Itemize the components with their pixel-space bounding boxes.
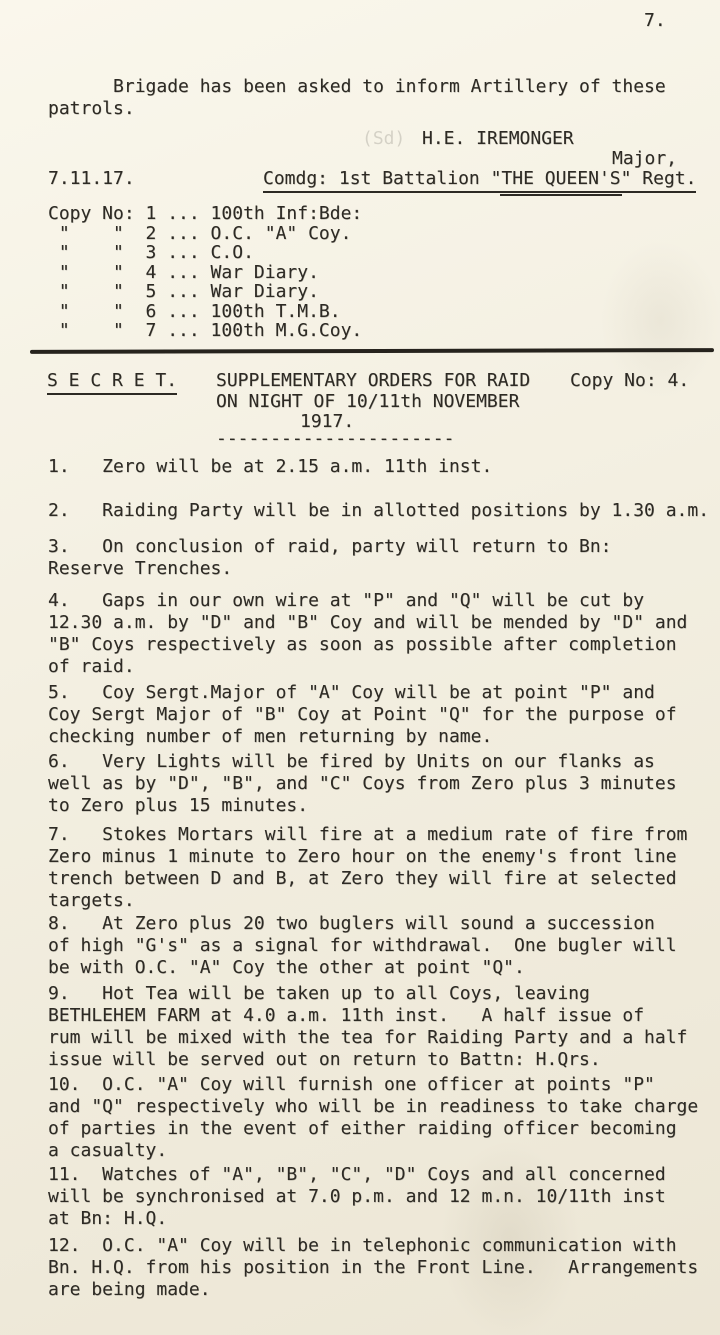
orders-title-line1: SUPPLEMENTARY ORDERS FOR RAID xyxy=(216,370,530,392)
order-item-6: 6. Very Lights will be fired by Units on… xyxy=(48,751,677,817)
order-item-12: 12. O.C. "A" Coy will be in telephonic c… xyxy=(48,1235,698,1301)
signed-note: (Sd) xyxy=(362,128,405,150)
signature-unit: Comdg: 1st Battalion "THE QUEEN'S" Regt. xyxy=(263,168,696,193)
order-item-1: 1. Zero will be at 2.15 a.m. 11th inst. xyxy=(48,456,492,478)
intro-paragraph: Brigade has been asked to inform Artille… xyxy=(48,76,666,120)
order-item-5: 5. Coy Sergt.Major of "A" Coy will be at… xyxy=(48,682,677,748)
order-item-4: 4. Gaps in our own wire at "P" and "Q" w… xyxy=(48,590,687,678)
signature-date: 7.11.17. xyxy=(48,168,135,190)
order-item-3: 3. On conclusion of raid, party will ret… xyxy=(48,536,612,580)
order-item-11: 11. Watches of "A", "B", "C", "D" Coys a… xyxy=(48,1164,666,1230)
orders-copy-number: Copy No: 4. xyxy=(570,370,689,392)
classification-label: S E C R E T. xyxy=(47,370,177,395)
separator-rule xyxy=(30,348,714,354)
page-number: 7. xyxy=(644,10,666,32)
orders-title-line2: ON NIGHT OF 10/11th NOVEMBER xyxy=(216,391,519,413)
orders-title-rule: ---------------------- xyxy=(216,428,454,450)
order-item-2: 2. Raiding Party will be in allotted pos… xyxy=(48,500,709,522)
queens-double-underline xyxy=(500,194,622,196)
order-item-7: 7. Stokes Mortars will fire at a medium … xyxy=(48,824,687,912)
distribution-list: Copy No: 1 ... 100th Inf:Bde: " " 2 ... … xyxy=(48,204,362,341)
order-item-9: 9. Hot Tea will be taken up to all Coys,… xyxy=(48,983,687,1071)
signature-name: H.E. IREMONGER xyxy=(422,128,574,150)
signature-rank: Major, xyxy=(612,148,677,170)
order-item-8: 8. At Zero plus 20 two buglers will soun… xyxy=(48,913,677,979)
order-item-10: 10. O.C. "A" Coy will furnish one office… xyxy=(48,1074,698,1162)
document-page: 7. Brigade has been asked to inform Arti… xyxy=(0,0,720,1335)
